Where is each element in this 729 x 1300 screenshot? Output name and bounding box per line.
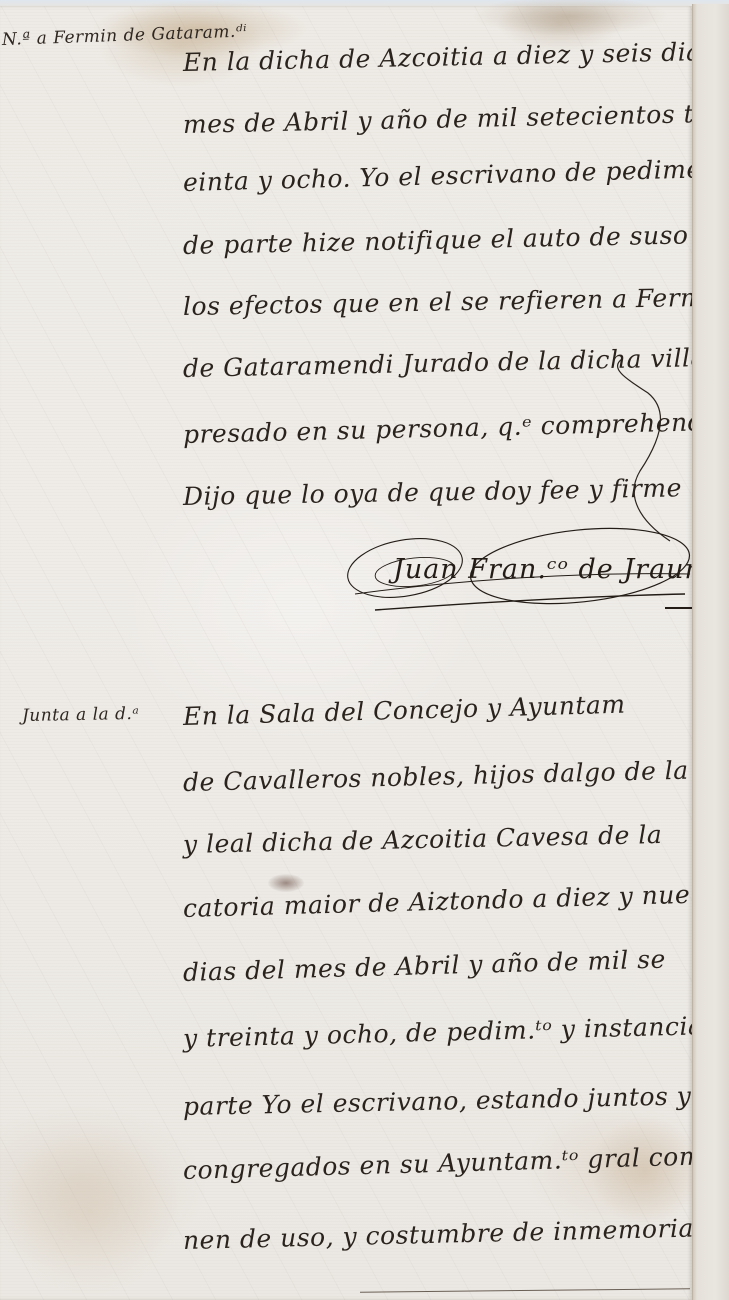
text-line: En la dicha de Azcoitia a diez y seis di… — [183, 36, 729, 77]
text-line: y treinta y ocho, de pedim.ᵗᵒ y instanci… — [183, 1011, 704, 1053]
text-line: nen de uso, y costumbre de inmemoria — [183, 1214, 695, 1255]
water-stain — [470, 0, 670, 36]
text-line: einta y ocho. Yo el escrivano de pedimen — [183, 154, 719, 197]
bracket-flourish — [600, 351, 700, 551]
signature-name: Juan Fran.ᶜᵒ de Jraurain — [393, 554, 729, 585]
text-line: mes de Abril y año de mil setecientos t — [183, 99, 695, 139]
text-line: de Cavalleros nobles, hijos dalgo de la — [183, 756, 689, 797]
margin-note-2: Junta a la d.ᵃ — [22, 704, 140, 726]
text-line: parte Yo el escrivano, estando juntos y — [183, 1081, 692, 1121]
text-line: de parte hize notifique el auto de suso … — [183, 220, 729, 260]
text-line: catoria maior de Aiztondo a diez y nue — [183, 880, 691, 923]
manuscript-page: N.ª a Fermin de Gataram.ᵈⁱ En la dicha d… — [0, 6, 692, 1300]
margin-note-1: N.ª a Fermin de Gataram.ᵈⁱ — [2, 21, 248, 50]
text-line: y leal dicha de Azcoitia Cavesa de la — [183, 820, 663, 859]
water-stain — [0, 1126, 180, 1296]
bottom-rule — [360, 1288, 690, 1292]
signature: Juan Fran.ᶜᵒ de Jraurain — [345, 524, 695, 616]
text-line: congregados en su Ayuntam.ᵗᵒ gral como l — [183, 1141, 729, 1185]
adjacent-page-edge — [692, 4, 729, 1300]
ink-blot — [268, 874, 304, 892]
text-line: los efectos que en el se refieren a Ferm — [183, 283, 705, 321]
text-line: dias del mes de Abril y año de mil se — [183, 945, 667, 987]
text-line: En la Sala del Concejo y Ayuntam — [183, 690, 626, 731]
document-scan: N.ª a Fermin de Gataram.ᵈⁱ En la dicha d… — [0, 0, 729, 1300]
